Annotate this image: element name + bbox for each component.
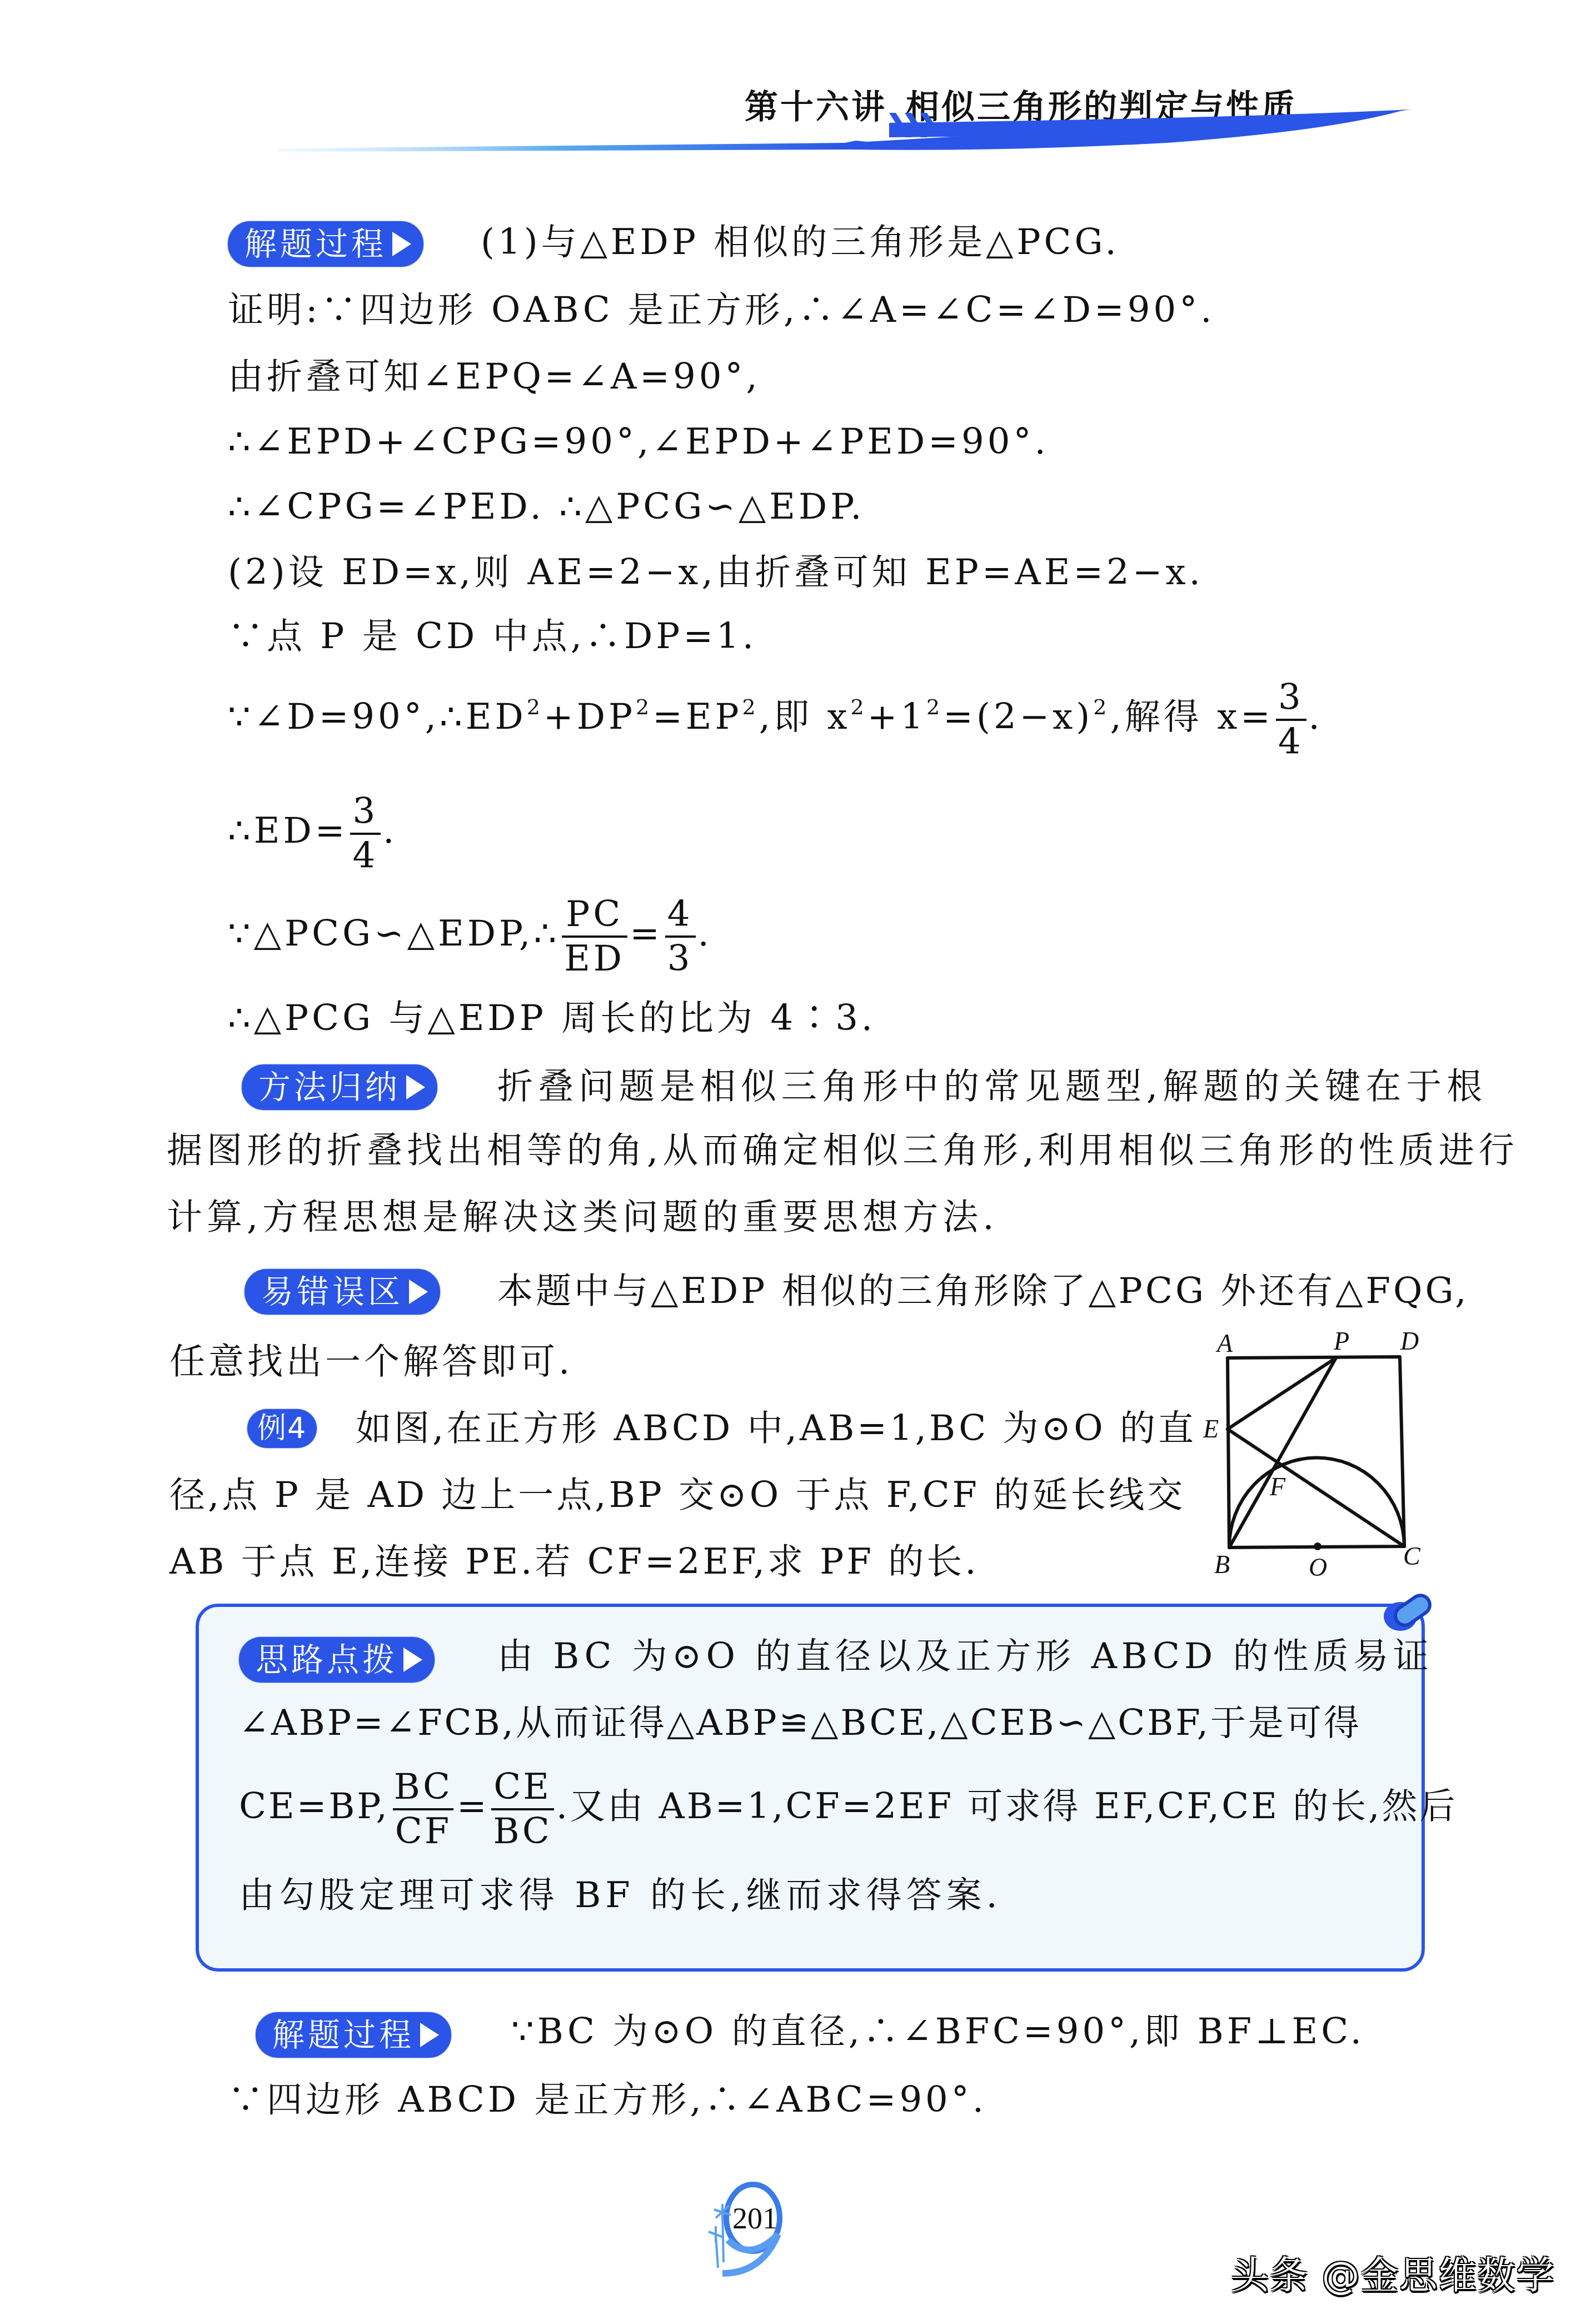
fraction-four-thirds: 43 (665, 897, 696, 977)
hint-line-3: CE=BP,BCCF=CEBC.又由 AB=1,CF=2EF 可求得 EF,CF… (239, 1762, 1458, 1851)
paperclip-icon (1378, 1590, 1439, 1634)
solution2-line-1: ∵BC 为⊙O 的直径,∴∠BFC=90°,即 BF⊥EC. (511, 2009, 1365, 2054)
play-triangle-icon (420, 2023, 439, 2047)
header-swoosh-icon (278, 108, 1445, 158)
hint-line-1: 由 BC 为⊙O 的直径以及正方形 ABCD 的性质易证 (497, 1634, 1433, 1679)
solution-process-badge-2: 解题过程 (256, 2012, 451, 2058)
fraction-ce-bc: CEBC (491, 1769, 554, 1849)
svg-text:B: B (1214, 1550, 1230, 1579)
pitfall-line-1: 本题中与△EDP 相似的三角形除了△PCG 外还有△FQG, (497, 1269, 1469, 1313)
method-line-1: 折叠问题是相似三角形中的常见题型,解题的关键在于根 (497, 1064, 1487, 1109)
play-triangle-icon (406, 1075, 425, 1099)
play-triangle-icon (403, 1648, 422, 1672)
perimeter-ratio-conclusion: ∴△PCG 与△EDP 周长的比为 4∶3. (228, 996, 876, 1041)
ed-value-line: ∴ED=34. (228, 787, 397, 875)
watermark: 头条 @金思维数学 (1231, 2246, 1555, 2300)
svg-text:D: D (1400, 1327, 1419, 1355)
svg-text:P: P (1333, 1327, 1349, 1355)
example-line-1: 如图,在正方形 ABCD 中,AB=1,BC 为⊙O 的直 (356, 1406, 1196, 1451)
method-summary-badge: 方法归纳 (242, 1064, 437, 1110)
solution-line-7: ∵点 P 是 CD 中点,∴DP=1. (228, 614, 757, 659)
solution-line-3: 由折叠可知∠EPQ=∠A=90°, (228, 355, 761, 399)
ratio-line: ∵△PCG∽△EDP,∴PCED=43. (228, 889, 712, 978)
pitfall-line-2: 任意找出一个解答即可. (169, 1340, 573, 1384)
solution-line-1: (1)与△EDP 相似的三角形是△PCG. (481, 220, 1120, 265)
method-line-2: 据图形的折叠找出相等的角,从而确定相似三角形,利用相似三角形的性质进行 (167, 1128, 1519, 1173)
svg-text:C: C (1403, 1542, 1421, 1570)
fraction-pc-ed: PCED (562, 897, 627, 977)
solution-line-4: ∴∠EPD+∠CPG=90°,∠EPD+∠PED=90°. (228, 420, 1049, 464)
svg-text:E: E (1203, 1415, 1219, 1443)
pythagorean-line: ∵∠D=90°,∴ED2+DP2=EP2,即 x2+12=(2−x)2,解得 x… (228, 673, 1323, 762)
common-mistake-badge: 易错误区 (245, 1269, 440, 1315)
page-number: 201 (732, 2201, 777, 2236)
svg-text:O: O (1309, 1553, 1327, 1581)
solution-line-2: 证明:∵四边形 OABC 是正方形,∴∠A=∠C=∠D=90°. (228, 288, 1215, 332)
example-line-2: 径,点 P 是 AD 边上一点,BP 交⊙O 于点 F,CF 的延长线交 (169, 1473, 1185, 1517)
fraction-bc-cf: BCCF (392, 1769, 455, 1849)
play-triangle-icon (392, 232, 411, 256)
hint-line-2: ∠ABP=∠FCB,从而证得△ABP≌△BCE,△CEB∽△CBF,于是可得 (239, 1701, 1361, 1745)
hint-badge: 思路点拨 (239, 1637, 435, 1683)
method-line-3: 计算,方程思想是解决这类问题的重要思想方法. (167, 1195, 999, 1240)
play-triangle-icon (409, 1280, 428, 1304)
solution-process-badge: 解题过程 (228, 221, 423, 267)
solution-line-6: (2)设 ED=x,则 AE=2−x,由折叠可知 EP=AE=2−x. (228, 550, 1204, 595)
example-line-3: AB 于点 E,连接 PE.若 CF=2EF,求 PF 的长. (169, 1540, 979, 1584)
hint-line-4: 由勾股定理可求得 BF 的长,继而求得答案. (239, 1873, 1002, 1918)
page-header: 第十六讲 相似三角形的判定与性质 (0, 0, 1596, 167)
solution-line-5: ∴∠CPG=∠PED. ∴△PCG∽△EDP. (228, 485, 865, 529)
svg-text:A: A (1215, 1329, 1233, 1357)
solution2-line-2: ∵四边形 ABCD 是正方形,∴∠ABC=90°. (228, 2078, 987, 2122)
fraction-three-quarters: 34 (1276, 680, 1306, 760)
square-circle-figure: A P D E F B O C (1195, 1312, 1506, 1590)
fraction-ed: 34 (350, 794, 381, 874)
example-4-badge: 例4 (247, 1409, 317, 1448)
badge-label: 解题过程 (245, 225, 387, 263)
svg-text:F: F (1269, 1472, 1286, 1501)
